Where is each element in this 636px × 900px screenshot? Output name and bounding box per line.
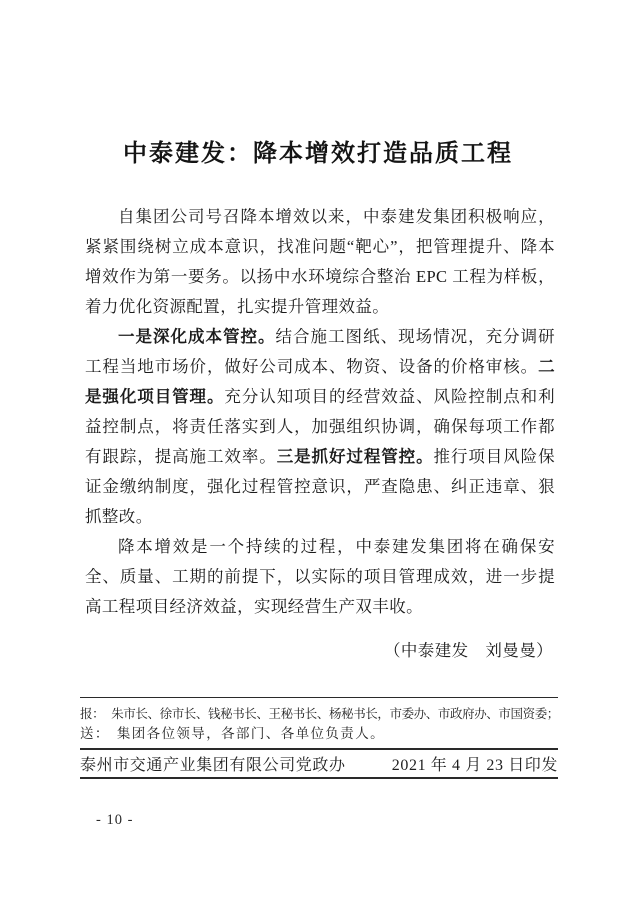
signature-line: （中泰建发 刘曼曼）: [85, 636, 555, 666]
report-line: 报：朱市长、徐市长、钱秘书长、王秘书长、杨秘书长，市委办、市政府办、市国资委；: [80, 698, 558, 724]
issuer-name: 泰州市交通产业集团有限公司党政办: [80, 752, 346, 775]
send-line: 送：集团各位领导，各部门、各单位负责人。: [80, 724, 558, 748]
report-label: 报：: [80, 707, 104, 721]
divider: [80, 777, 558, 779]
text-segment: 降本增效是一个持续的过程，中泰建发集团将在确保安全、质量、工期的前提下，以实际的…: [85, 537, 555, 616]
send-label: 送：: [80, 726, 110, 741]
page-number: - 10 -: [96, 812, 133, 829]
document-footer: 报：朱市长、徐市长、钱秘书长、王秘书长、杨秘书长，市委办、市政府办、市国资委； …: [80, 697, 558, 779]
report-recipients: 朱市长、徐市长、钱秘书长、王秘书长、杨秘书长，市委办、市政府办、市国资委；: [111, 707, 559, 721]
document-title: 中泰建发：降本增效打造品质工程: [0, 136, 636, 172]
send-recipients: 集团各位领导，各部门、各单位负责人。: [117, 726, 385, 741]
text-segment: 三是抓好过程管控。: [277, 447, 434, 466]
document-body: 自集团公司号召降本增效以来，中泰建发集团积极响应，紧紧围绕树立成本意识，找准问题…: [85, 202, 555, 666]
text-segment: 自集团公司号召降本增效以来，中泰建发集团积极响应，紧紧围绕树立成本意识，找准问题…: [85, 207, 555, 316]
issuer-row: 泰州市交通产业集团有限公司党政办 2021 年 4 月 23 日印发: [80, 750, 558, 777]
text-segment: 一是深化成本管控。: [118, 327, 276, 346]
print-date: 2021 年 4 月 23 日印发: [392, 752, 558, 775]
document-page: 中泰建发：降本增效打造品质工程 自集团公司号召降本增效以来，中泰建发集团积极响应…: [0, 0, 636, 900]
body-paragraph: 降本增效是一个持续的过程，中泰建发集团将在确保安全、质量、工期的前提下，以实际的…: [85, 532, 555, 622]
body-paragraph: 一是深化成本管控。结合施工图纸、现场情况，充分调研工程当地市场价，做好公司成本、…: [85, 322, 555, 532]
body-paragraph: 自集团公司号召降本增效以来，中泰建发集团积极响应，紧紧围绕树立成本意识，找准问题…: [85, 202, 555, 322]
